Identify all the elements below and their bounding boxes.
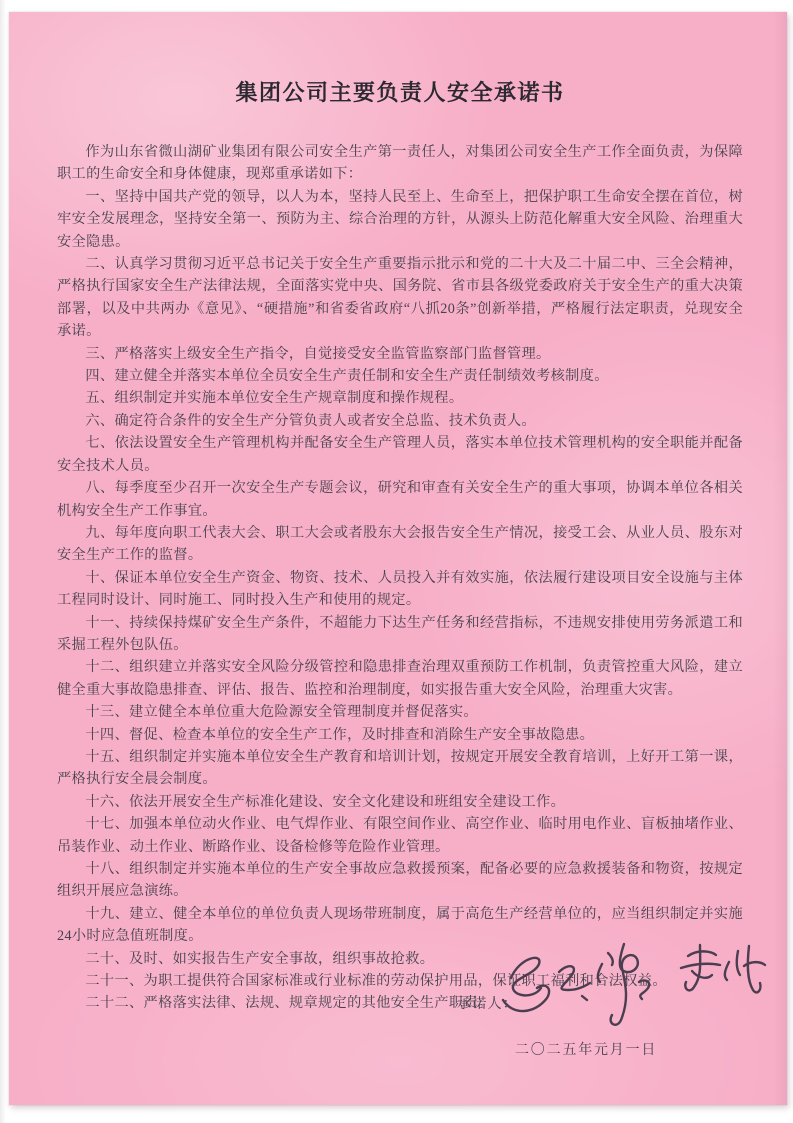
commitment-item: 十四、督促、检查本单位的安全生产工作，及时排查和消除生产安全事故隐患。 (57, 724, 743, 746)
handwritten-signature (495, 938, 771, 1038)
date-line: 二〇二五年元月一日 (515, 1039, 657, 1059)
document-page: 集团公司主要负责人安全承诺书 作为山东省微山湖矿业集团有限公司安全生产第一责任人… (9, 12, 787, 1105)
commitment-item: 十、保证本单位安全生产资金、物资、技术、人员投入并有效实施，依法履行建设项目安全… (57, 567, 743, 612)
intro-paragraph: 作为山东省微山湖矿业集团有限公司安全生产第一责任人，对集团公司安全生产工作全面负… (57, 141, 743, 186)
commitment-item: 七、依法设置安全生产管理机构并配备安全生产管理人员，落实本单位技术管理机构的安全… (57, 432, 743, 477)
commitment-item: 八、每季度至少召开一次安全生产专题会议，研究和审查有关安全生产的重大事项，协调本… (57, 477, 743, 522)
commitment-item: 一、坚持中国共产党的领导，以人为本，坚持人民至上、生命至上，把保护职工生命安全摆… (57, 186, 743, 253)
commitment-item: 十二、组织建立并落实安全风险分级管控和隐患排查治理双重预防工作机制，负责管控重大… (57, 656, 743, 701)
commitment-item: 四、建立健全并落实本单位全员安全生产责任制和安全生产责任制绩效考核制度。 (57, 365, 743, 387)
commitment-item: 二、认真学习贯彻习近平总书记关于安全生产重要指示批示和党的二十大及二十届二中、三… (57, 253, 743, 343)
document-content: 集团公司主要负责人安全承诺书 作为山东省微山湖矿业集团有限公司安全生产第一责任人… (57, 12, 743, 1015)
commitment-list: 一、坚持中国共产党的领导，以人为本，坚持人民至上、生命至上，把保护职工生命安全摆… (57, 186, 743, 1015)
commitment-item: 十八、组织制定并实施本单位的生产安全事故应急救援预案，配备必要的应急救援装备和物… (57, 858, 743, 903)
commitment-item: 三、严格落实上级安全生产指令，自觉接受安全监管监察部门监督管理。 (57, 343, 743, 365)
commitment-item: 十三、建立健全本单位重大危险源安全管理制度并督促落实。 (57, 701, 743, 723)
document-title: 集团公司主要负责人安全承诺书 (57, 76, 743, 107)
commitment-item: 九、每年度向职工代表大会、职工大会或者股东大会报告安全生产情况，接受工会、从业人… (57, 522, 743, 567)
commitment-item: 十六、依法开展安全生产标准化建设、安全文化建设和班组安全建设工作。 (57, 791, 743, 813)
commitment-item: 十一、持续保持煤矿安全生产条件，不超能力下达生产任务和经营指标，不违规安排使用劳… (57, 612, 743, 657)
commitment-item: 五、组织制定并实施本单位安全生产规章制度和操作规程。 (57, 387, 743, 409)
commitment-item: 十七、加强本单位动火作业、电气焊作业、有限空间作业、高空作业、临时用电作业、盲板… (57, 813, 743, 858)
commitment-item: 十五、组织制定并实施本单位安全生产教育和培训计划，按规定开展安全教育培训，上好开… (57, 746, 743, 791)
commitment-item: 六、确定符合条件的安全生产分管负责人或者安全总监、技术负责人。 (57, 410, 743, 432)
